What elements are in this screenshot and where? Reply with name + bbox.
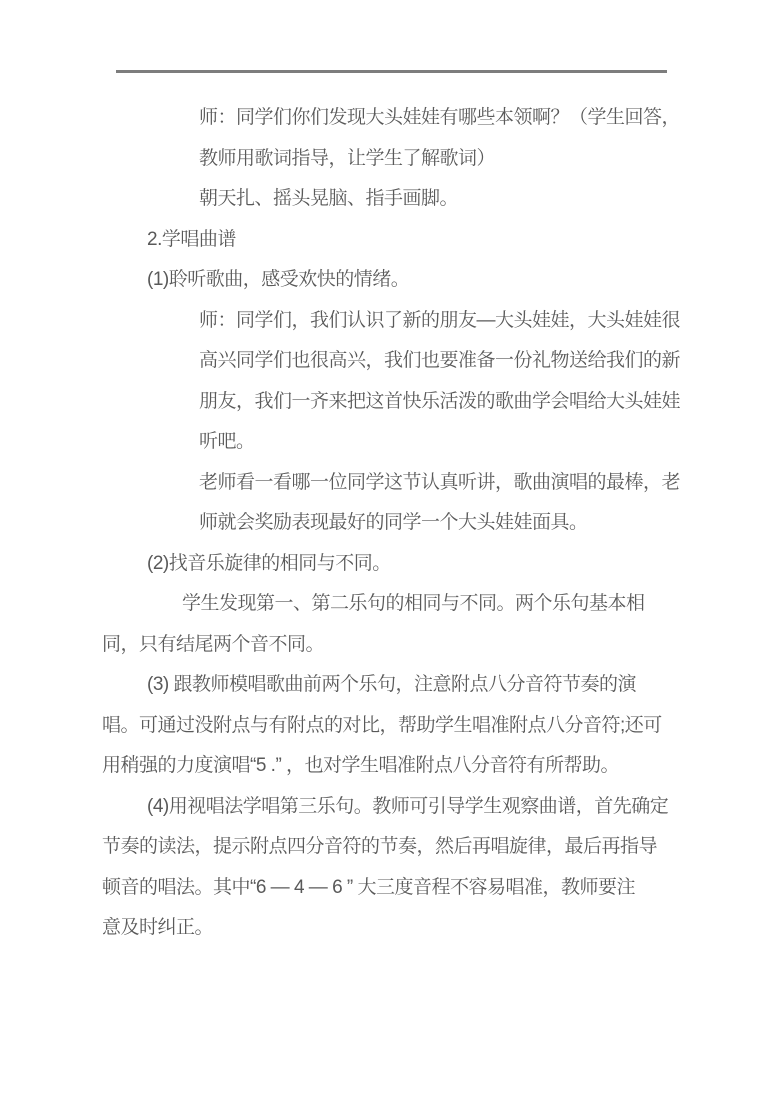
text-line: (3) 跟教师模唱歌曲前两个乐句，注意附点八分音符节奏的演 xyxy=(102,665,778,706)
text-line: 朋友，我们一齐来把这首快乐活泼的歌曲学会唱给大头娃娃 xyxy=(102,382,778,423)
text-line: 2.学唱曲谱 xyxy=(102,220,778,261)
text-line: 教师用歌词指导，让学生了解歌词） xyxy=(102,139,778,180)
text-line: (4)用视唱法学唱第三乐句。教师可引导学生观察曲谱，首先确定 xyxy=(102,787,778,828)
document-text: 师：同学们你们发现大头娃娃有哪些本领啊？（学生回答，教师用歌词指导，让学生了解歌… xyxy=(102,98,778,949)
text-line: 师就会奖励表现最好的同学一个大头娃娃面具。 xyxy=(102,503,778,544)
text-line: 学生发现第一、第二乐句的相同与不同。两个乐句基本相 xyxy=(102,584,778,625)
text-line: 师：同学们你们发现大头娃娃有哪些本领啊？（学生回答， xyxy=(102,98,778,139)
text-line: 听吧。 xyxy=(102,422,778,463)
text-line: 同，只有结尾两个音不同。 xyxy=(102,625,778,666)
text-line: 节奏的读法，提示附点四分音符的节奏，然后再唱旋律，最后再指导 xyxy=(102,827,778,868)
text-line: (2)找音乐旋律的相同与不同。 xyxy=(102,544,778,585)
text-line: 老师看一看哪一位同学这节认真听讲，歌曲演唱的最棒，老 xyxy=(102,463,778,504)
document-page: 师：同学们你们发现大头娃娃有哪些本领啊？（学生回答，教师用歌词指导，让学生了解歌… xyxy=(0,0,780,1103)
text-line: (1)聆听歌曲，感受欢快的情绪。 xyxy=(102,260,778,301)
header-divider-line xyxy=(116,70,667,73)
text-line: 用稍强的力度演唱“5 .” ，也对学生唱准附点八分音符有所帮助。 xyxy=(102,746,778,787)
text-line: 师：同学们，我们认识了新的朋友—大头娃娃，大头娃娃很 xyxy=(102,301,778,342)
text-line: 顿音的唱法。其中“6 — 4 — 6 ” 大三度音程不容易唱准，教师要注 xyxy=(102,868,778,909)
text-line: 高兴同学们也很高兴，我们也要准备一份礼物送给我们的新 xyxy=(102,341,778,382)
text-line: 意及时纠正。 xyxy=(102,908,778,949)
text-line: 唱。可通过没附点与有附点的对比，帮助学生唱准附点八分音符;还可 xyxy=(102,706,778,747)
text-line: 朝天扎、摇头晃脑、指手画脚。 xyxy=(102,179,778,220)
